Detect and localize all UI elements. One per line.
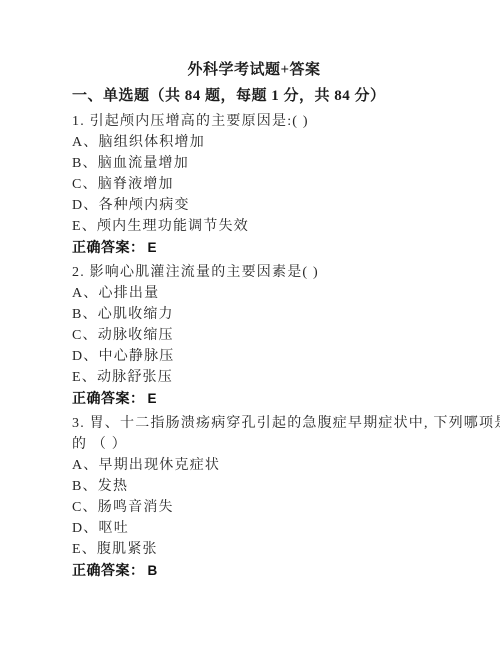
question-1-option-b: B、脑血流量增加: [72, 153, 436, 174]
section-heading: 一、单选题（共 84 题，每题 1 分，共 84 分）: [72, 88, 436, 105]
question-3-option-c: C、肠鸣音消失: [72, 497, 436, 518]
question-2-option-d: D、中心静脉压: [72, 346, 436, 367]
question-1-option-c: C、脑脊液增加: [72, 174, 436, 195]
question-2-option-b: B、心肌收缩力: [72, 304, 436, 325]
answer-letter: E: [148, 391, 158, 406]
answer-letter: E: [148, 240, 158, 255]
question-3-option-a: A、早期出现休克症状: [72, 455, 436, 476]
question-block-2: 2. 影响心肌灌注流量的主要因素是( ) A、心排出量 B、心肌收缩力 C、动脉…: [72, 262, 436, 410]
question-2-option-c: C、动脉收缩压: [72, 325, 436, 346]
question-3-stem-line-1: 3. 胃、十二指肠溃疡病穿孔引起的急腹症早期症状中, 下列哪项是错误: [72, 413, 436, 434]
question-3-option-e: E、腹肌紧张: [72, 539, 436, 560]
question-3-option-b: B、发热: [72, 476, 436, 497]
question-3-stem-line-2: 的 （ ）: [72, 434, 436, 455]
question-1-option-a: A、脑组织体积增加: [72, 132, 436, 153]
question-2-answer-line: 正确答案：E: [72, 388, 436, 410]
question-block-3: 3. 胃、十二指肠溃疡病穿孔引起的急腹症早期症状中, 下列哪项是错误 的 （ ）…: [72, 413, 436, 582]
question-1-option-d: D、各种颅内病变: [72, 195, 436, 216]
answer-label: 正确答案：: [72, 392, 145, 407]
question-1-stem: 1. 引起颅内压增高的主要原因是:( ): [72, 111, 436, 132]
answer-label: 正确答案：: [72, 241, 145, 256]
question-2-option-e: E、动脉舒张压: [72, 367, 436, 388]
question-2-option-a: A、心排出量: [72, 283, 436, 304]
document-title: 外科学考试题+答案: [72, 60, 436, 80]
answer-label: 正确答案：: [72, 564, 145, 579]
question-1-option-e: E、颅内生理功能调节失效: [72, 216, 436, 237]
answer-letter: B: [148, 563, 158, 578]
question-2-stem: 2. 影响心肌灌注流量的主要因素是( ): [72, 262, 436, 283]
question-3-answer-line: 正确答案：B: [72, 560, 436, 582]
question-3-option-d: D、呕吐: [72, 518, 436, 539]
question-block-1: 1. 引起颅内压增高的主要原因是:( ) A、脑组织体积增加 B、脑血流量增加 …: [72, 111, 436, 259]
question-1-answer-line: 正确答案：E: [72, 237, 436, 259]
exam-document-page: 外科学考试题+答案 一、单选题（共 84 题，每题 1 分，共 84 分） 1.…: [0, 0, 500, 647]
